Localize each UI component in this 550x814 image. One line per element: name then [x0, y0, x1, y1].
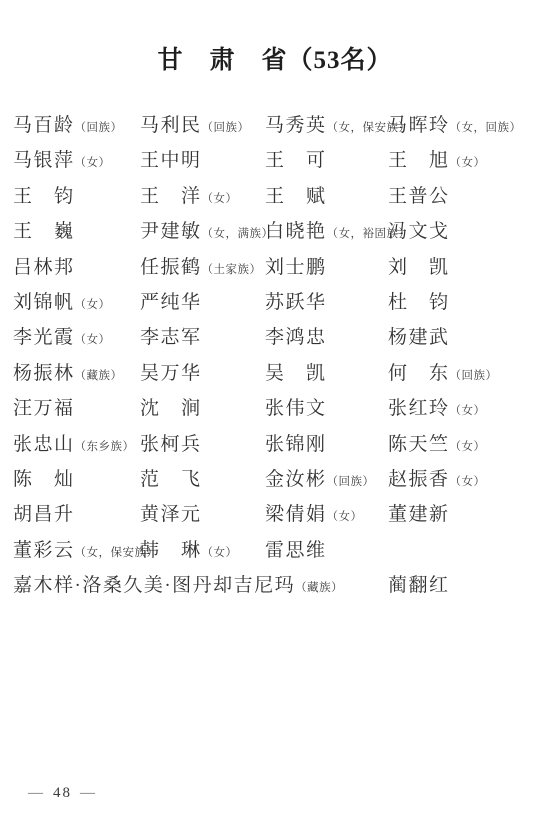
- delegate-cell: 王普公: [388, 179, 535, 209]
- delegate-cell: 李鸿忠: [265, 320, 388, 350]
- roster-row: 王 巍尹建敏（女，满族）白晓艳（女，裕固族）冯文戈: [13, 214, 537, 249]
- delegate-cell: 马银萍（女）: [13, 143, 140, 174]
- delegate-cell: 刘 凯: [388, 250, 535, 280]
- delegate-cell: 张锦刚: [265, 427, 388, 457]
- delegate-name: 汪万福: [13, 398, 75, 419]
- roster-row: 胡昌升黄泽元梁倩娟（女）董建新: [13, 497, 537, 532]
- delegate-cell: 吴 凯: [265, 356, 388, 386]
- delegate-cell: 尹建敏（女，满族）: [140, 214, 265, 245]
- delegate-name: 马银萍: [13, 150, 75, 171]
- delegate-cell: 陈天竺（女）: [388, 427, 535, 458]
- ethnic-gender-note: （女）: [75, 334, 111, 346]
- ethnic-gender-note: （女，回族）: [450, 122, 522, 134]
- delegate-cell: 蔺翻红: [388, 568, 535, 598]
- delegate-cell: 马晖玲（女，回族）: [388, 108, 535, 139]
- delegate-name: 任振鹤: [140, 257, 202, 278]
- delegate-name: 蔺翻红: [388, 575, 450, 596]
- delegate-name: 刘 凯: [388, 257, 450, 278]
- ethnic-gender-note: （女）: [202, 193, 238, 205]
- delegate-name: 苏跃华: [265, 292, 327, 313]
- ethnic-gender-note: （女，满族）: [202, 228, 274, 240]
- delegate-cell: 吕林邦: [13, 250, 140, 280]
- delegate-name: 王 洋: [140, 186, 202, 207]
- delegate-name: 杨振林: [13, 363, 75, 384]
- ethnic-gender-note: （回族）: [75, 122, 123, 134]
- ethnic-gender-note: （女）: [450, 441, 486, 453]
- delegate-name: 吴万华: [140, 363, 202, 384]
- delegate-grid: 马百龄（回族）马利民（回族）马秀英（女，保安族）马晖玲（女，回族）马银萍（女）王…: [13, 108, 537, 603]
- page-number: 48: [53, 785, 72, 801]
- delegate-name: 韩 琳: [140, 540, 202, 561]
- roster-row: 马银萍（女）王中明王 可王 旭（女）: [13, 143, 537, 178]
- delegate-cell: 张伟文: [265, 391, 388, 421]
- delegate-name: 张忠山: [13, 434, 75, 455]
- delegate-name: 赵振香: [388, 469, 450, 490]
- delegate-cell: 李光霞（女）: [13, 320, 140, 351]
- delegate-cell: 马百龄（回族）: [13, 108, 140, 139]
- delegate-name: 张伟文: [265, 398, 327, 419]
- delegate-name: 马利民: [140, 115, 202, 136]
- roster-row: 汪万福沈 涧张伟文张红玲（女）: [13, 391, 537, 426]
- delegate-name: 王 可: [265, 150, 327, 171]
- delegate-name: 王 赋: [265, 186, 327, 207]
- delegate-cell: 沈 涧: [140, 391, 265, 421]
- roster-row: 马百龄（回族）马利民（回族）马秀英（女，保安族）马晖玲（女，回族）: [13, 108, 537, 143]
- delegate-cell: 杨建武: [388, 320, 535, 350]
- roster-row: 董彩云（女，保安族）韩 琳（女）雷思维: [13, 533, 537, 568]
- delegate-cell: 王 可: [265, 143, 388, 173]
- page-footer: —48—: [20, 785, 105, 802]
- delegate-cell: 韩 琳（女）: [140, 533, 265, 564]
- delegate-name: 王 钧: [13, 186, 75, 207]
- footer-dash-right: —: [72, 785, 105, 801]
- delegate-name: 董彩云: [13, 540, 75, 561]
- delegate-name: 何 东: [388, 363, 450, 384]
- delegate-name: 吕林邦: [13, 257, 75, 278]
- delegate-cell: 刘士鹏: [265, 250, 388, 280]
- delegate-cell: 吴万华: [140, 356, 265, 386]
- ethnic-gender-note: （回族）: [202, 122, 250, 134]
- delegate-cell: 王 洋（女）: [140, 179, 265, 210]
- delegate-name: 冯文戈: [388, 221, 450, 242]
- delegate-name: 马百龄: [13, 115, 75, 136]
- delegate-cell: 李志军: [140, 320, 265, 350]
- page-title: 甘 肃 省（53名）: [0, 0, 550, 76]
- delegate-cell: 马秀英（女，保安族）: [265, 108, 388, 139]
- delegate-name: 尹建敏: [140, 221, 202, 242]
- delegate-name: 张柯兵: [140, 434, 202, 455]
- delegate-name: 王中明: [140, 150, 202, 171]
- delegate-cell: 董建新: [388, 497, 535, 527]
- delegate-name: 白晓艳: [265, 221, 327, 242]
- roster-row: 李光霞（女）李志军李鸿忠杨建武: [13, 320, 537, 355]
- delegate-name: 董建新: [388, 504, 450, 525]
- delegate-name: 梁倩娟: [265, 504, 327, 525]
- delegate-name: 嘉木样·洛桑久美·图丹却吉尼玛: [13, 575, 295, 596]
- delegate-cell: 刘锦帆（女）: [13, 285, 140, 316]
- delegate-cell: 胡昌升: [13, 497, 140, 527]
- delegate-cell: 张柯兵: [140, 427, 265, 457]
- ethnic-gender-note: （东乡族）: [75, 441, 135, 453]
- roster-row: 杨振林（藏族）吴万华吴 凯何 东（回族）: [13, 356, 537, 391]
- delegate-cell: 何 东（回族）: [388, 356, 535, 387]
- delegate-cell: 雷思维: [265, 533, 388, 563]
- delegate-cell: 白晓艳（女，裕固族）: [265, 214, 388, 245]
- ethnic-gender-note: （女）: [450, 157, 486, 169]
- delegate-name: 王 旭: [388, 150, 450, 171]
- delegate-cell: 王 钧: [13, 179, 140, 209]
- delegate-cell: 任振鹤（土家族）: [140, 250, 265, 281]
- delegate-cell: 黄泽元: [140, 497, 265, 527]
- roster-row: 刘锦帆（女）严纯华苏跃华杜 钧: [13, 285, 537, 320]
- delegate-cell: 金汝彬（回族）: [265, 462, 388, 493]
- roster-row: 吕林邦任振鹤（土家族）刘士鹏刘 凯: [13, 250, 537, 285]
- delegate-cell: 杜 钧: [388, 285, 535, 315]
- delegate-name: 李光霞: [13, 327, 75, 348]
- delegate-cell: 赵振香（女）: [388, 462, 535, 493]
- delegate-name: 黄泽元: [140, 504, 202, 525]
- delegate-cell: 王 赋: [265, 179, 388, 209]
- ethnic-gender-note: （女）: [75, 299, 111, 311]
- delegate-cell: 王 巍: [13, 214, 140, 244]
- delegate-name: 雷思维: [265, 540, 327, 561]
- delegate-name: 胡昌升: [13, 504, 75, 525]
- delegate-name: 陈天竺: [388, 434, 450, 455]
- delegate-name: 李志军: [140, 327, 202, 348]
- delegate-name: 杜 钧: [388, 292, 450, 313]
- delegate-cell: 范 飞: [140, 462, 265, 492]
- delegate-cell: 马利民（回族）: [140, 108, 265, 139]
- delegate-name: 马秀英: [265, 115, 327, 136]
- delegate-name: 严纯华: [140, 292, 202, 313]
- delegate-name: 王 巍: [13, 221, 75, 242]
- delegate-name: 吴 凯: [265, 363, 327, 384]
- delegate-cell: 王 旭（女）: [388, 143, 535, 174]
- delegate-name: 张锦刚: [265, 434, 327, 455]
- ethnic-gender-note: （藏族）: [75, 370, 123, 382]
- ethnic-gender-note: （女）: [202, 547, 238, 559]
- delegate-name: 王普公: [388, 186, 450, 207]
- roster-row: 张忠山（东乡族）张柯兵张锦刚陈天竺（女）: [13, 427, 537, 462]
- delegate-cell: 冯文戈: [388, 214, 535, 244]
- delegate-name: 杨建武: [388, 327, 450, 348]
- delegate-name: 范 飞: [140, 469, 202, 490]
- document-page: { "page": { "title": "甘 肃 省（53名）", "foot…: [0, 0, 550, 814]
- roster-row: 陈 灿范 飞金汝彬（回族）赵振香（女）: [13, 462, 537, 497]
- delegate-name: 金汝彬: [265, 469, 327, 490]
- ethnic-gender-note: （女）: [75, 157, 111, 169]
- delegate-cell: 严纯华: [140, 285, 265, 315]
- delegate-cell: 张忠山（东乡族）: [13, 427, 140, 458]
- footer-dash-left: —: [20, 785, 53, 801]
- delegate-cell: 梁倩娟（女）: [265, 497, 388, 528]
- roster-row: 王 钧王 洋（女）王 赋王普公: [13, 179, 537, 214]
- ethnic-gender-note: （回族）: [327, 476, 375, 488]
- ethnic-gender-note: （回族）: [450, 370, 498, 382]
- ethnic-gender-note: （女）: [450, 405, 486, 417]
- delegate-cell: 嘉木样·洛桑久美·图丹却吉尼玛（藏族）: [13, 568, 388, 599]
- delegate-name: 李鸿忠: [265, 327, 327, 348]
- roster-row: 嘉木样·洛桑久美·图丹却吉尼玛（藏族）蔺翻红: [13, 568, 537, 603]
- ethnic-gender-note: （女）: [450, 476, 486, 488]
- ethnic-gender-note: （藏族）: [295, 582, 343, 594]
- delegate-cell: 杨振林（藏族）: [13, 356, 140, 387]
- delegate-name: 马晖玲: [388, 115, 450, 136]
- delegate-cell: 苏跃华: [265, 285, 388, 315]
- ethnic-gender-note: （女）: [327, 511, 363, 523]
- delegate-cell: 陈 灿: [13, 462, 140, 492]
- delegate-cell: 汪万福: [13, 391, 140, 421]
- delegate-cell: 王中明: [140, 143, 265, 173]
- delegate-cell: 董彩云（女，保安族）: [13, 533, 140, 564]
- delegate-name: 沈 涧: [140, 398, 202, 419]
- delegate-name: 张红玲: [388, 398, 450, 419]
- delegate-cell: 张红玲（女）: [388, 391, 535, 422]
- delegate-name: 刘士鹏: [265, 257, 327, 278]
- delegate-name: 陈 灿: [13, 469, 75, 490]
- ethnic-gender-note: （土家族）: [202, 264, 262, 276]
- delegate-name: 刘锦帆: [13, 292, 75, 313]
